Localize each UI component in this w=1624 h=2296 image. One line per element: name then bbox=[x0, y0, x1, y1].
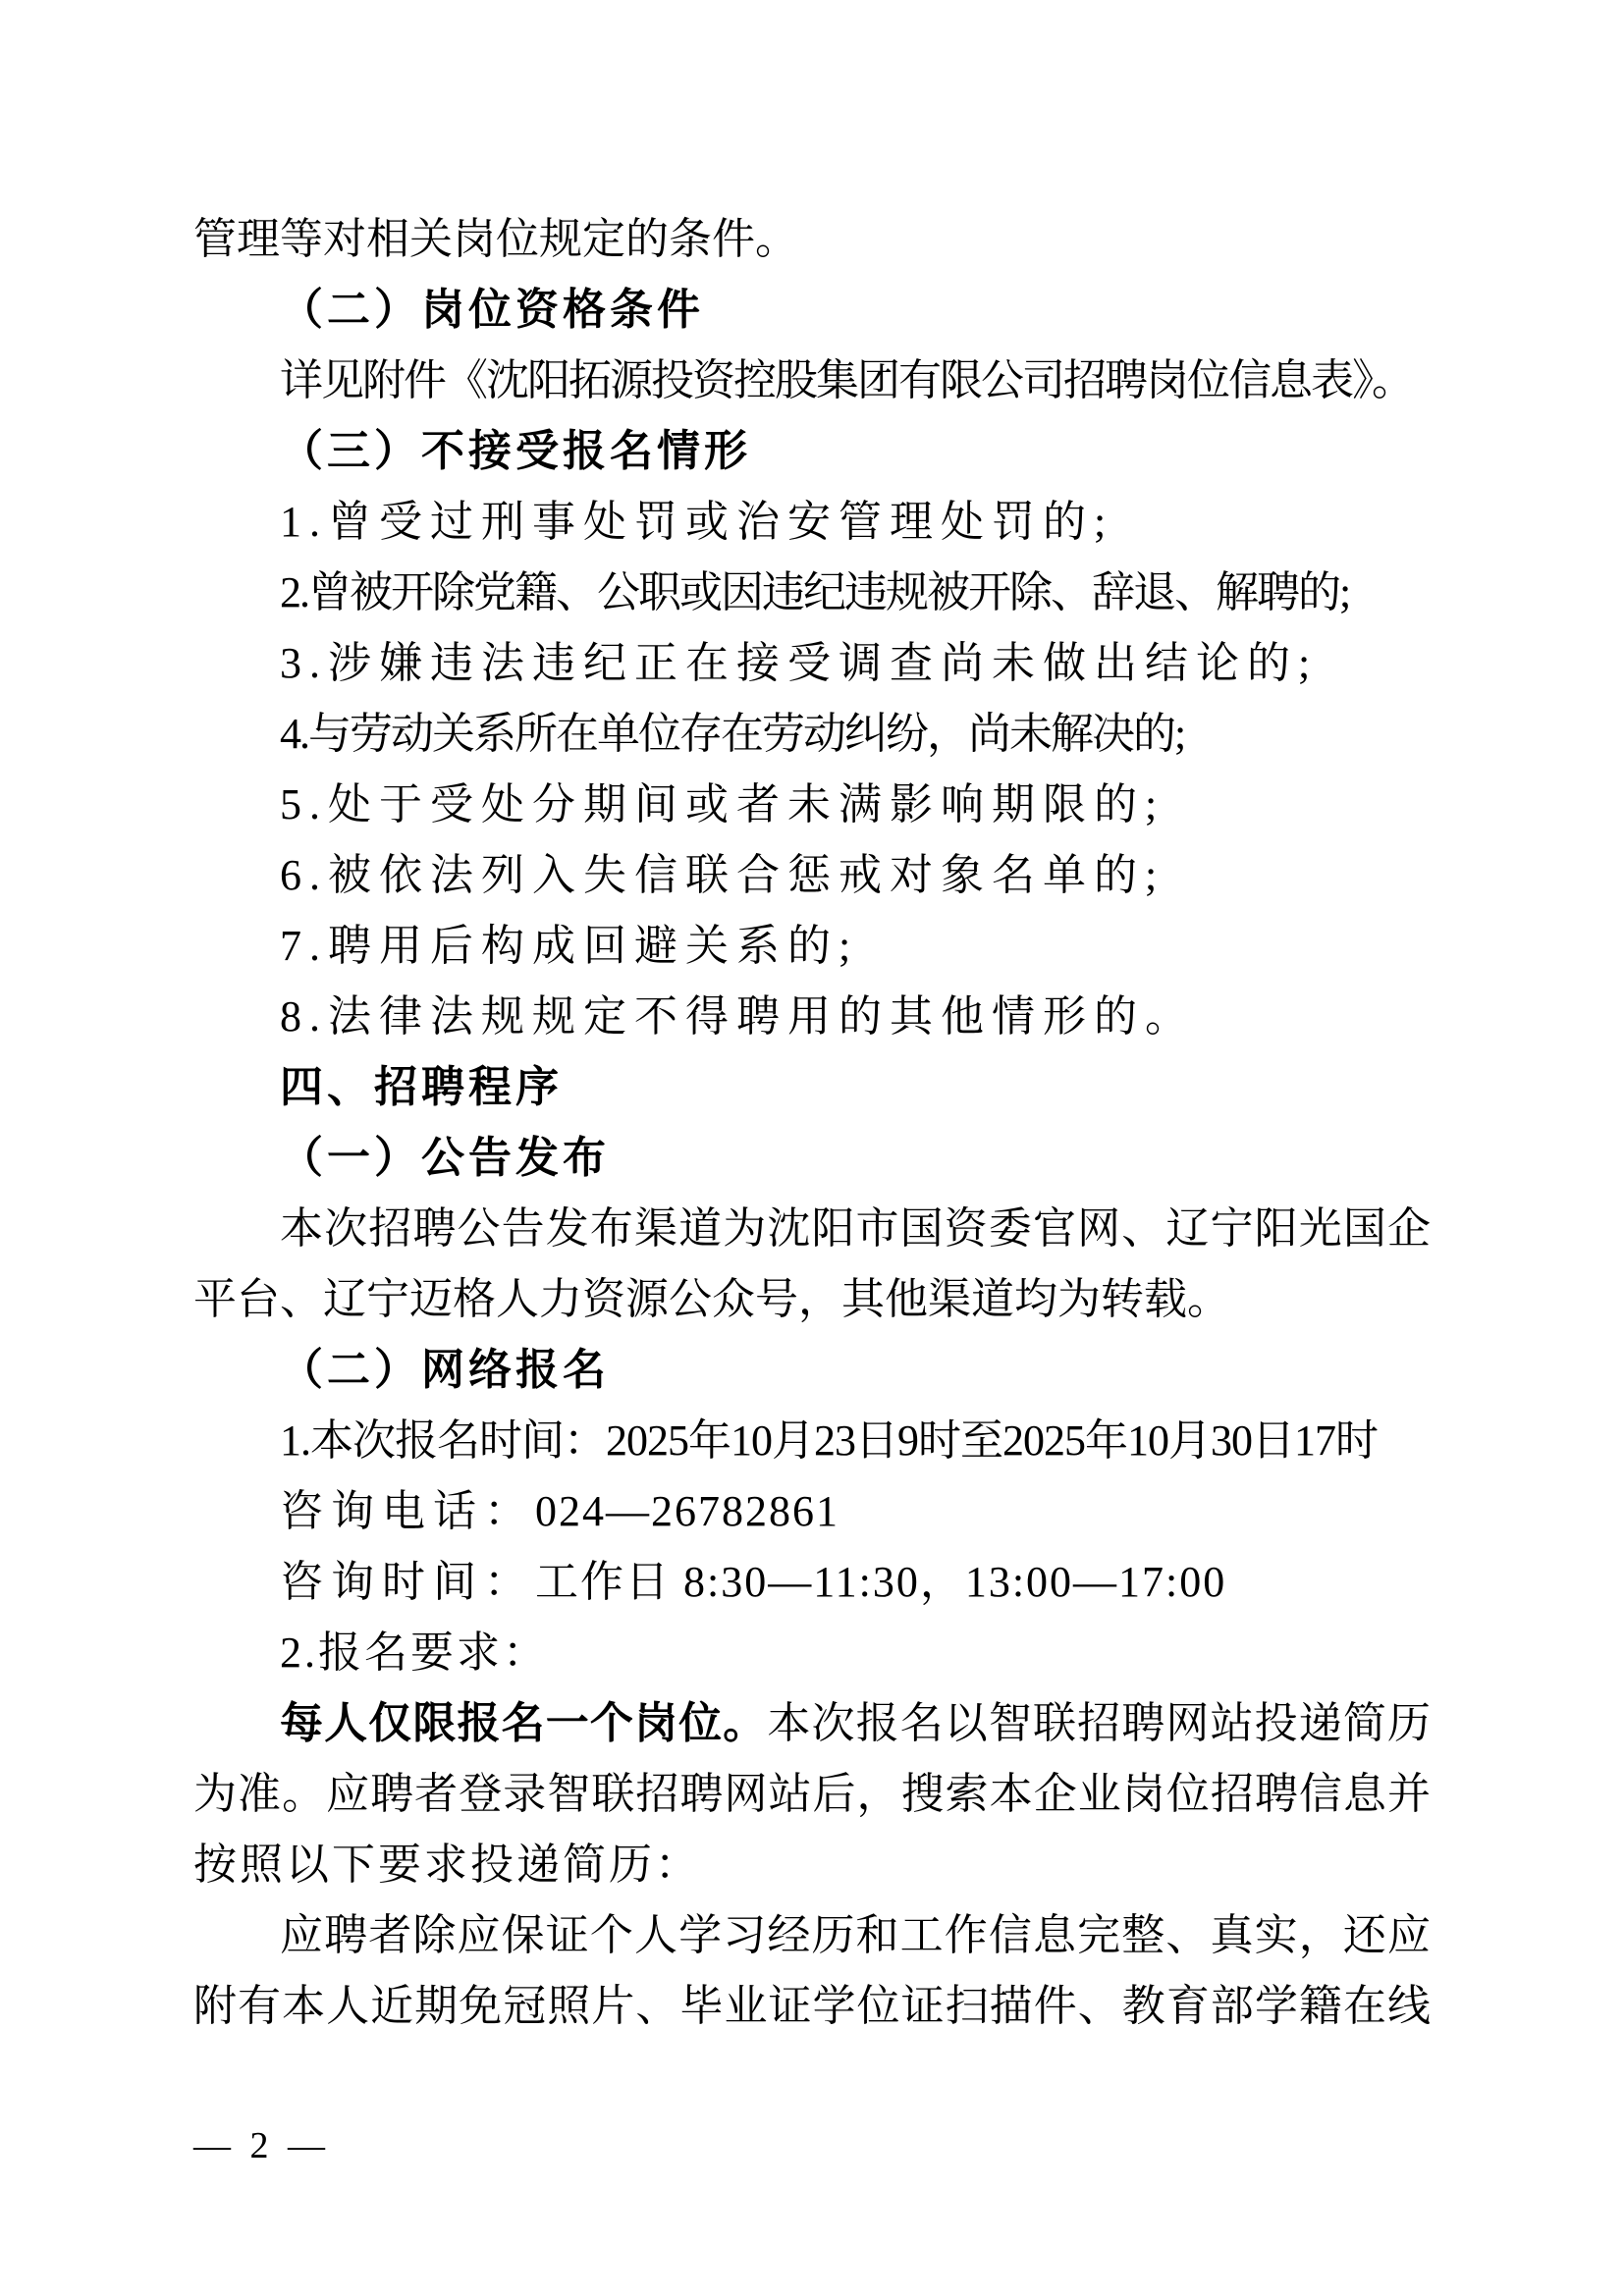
paragraph-line: 为准。应聘者登录智联招聘网站后，搜索本企业岗位招聘信息并 bbox=[193, 1759, 1431, 1830]
document-body: 管理等对相关岗位规定的条件。 （二）岗位资格条件 详见附件《沈阳拓源投资控股集团… bbox=[193, 204, 1431, 2042]
section-heading-online-registration: （二）网络报名 bbox=[193, 1335, 1431, 1406]
list-item-7: 7.聘用后构成回避关系的; bbox=[193, 911, 1431, 982]
list-item-4: 4.与劳动关系所在单位存在劳动纠纷，尚未解决的; bbox=[193, 699, 1431, 770]
section-heading-announcement-release: （一）公告发布 bbox=[193, 1123, 1431, 1194]
paragraph-line: 按照以下要求投递简历： bbox=[193, 1830, 1431, 1900]
paragraph-line: 附有本人近期免冠照片、毕业证学位证扫描件、教育部学籍在线 bbox=[193, 1971, 1431, 2042]
one-position-only-emphasis: 每人仅限报名一个岗位。 bbox=[280, 1699, 767, 1747]
consult-time-label: 咨询时间： bbox=[280, 1558, 535, 1606]
section-heading-ineligible-cases: （三）不接受报名情形 bbox=[193, 416, 1431, 487]
paragraph-line: 平台、辽宁迈格人力资源公众号，其他渠道均为转载。 bbox=[193, 1264, 1431, 1335]
paragraph-line: 详见附件《沈阳拓源投资控股集团有限公司招聘岗位信息表》。 bbox=[193, 346, 1431, 416]
list-item-2: 2.曾被开除党籍、公职或因违纪违规被开除、辞退、解聘的; bbox=[193, 558, 1431, 628]
list-item-5: 5.处于受处分期间或者未满影响期限的; bbox=[193, 770, 1431, 840]
document-page: 管理等对相关岗位规定的条件。 （二）岗位资格条件 详见附件《沈阳拓源投资控股集团… bbox=[0, 0, 1624, 2296]
list-item-6: 6.被依法列入失信联合惩戒对象名单的; bbox=[193, 840, 1431, 911]
registration-requirements-line: 2.报名要求： bbox=[193, 1618, 1431, 1688]
consult-phone-value: 024—26782861 bbox=[535, 1487, 839, 1535]
consult-time-value: 工作日 8:30—11:30，13:00—17:00 bbox=[535, 1558, 1226, 1606]
paragraph-line: 管理等对相关岗位规定的条件。 bbox=[193, 204, 1431, 275]
list-item-1: 1.曾受过刑事处罚或治安管理处罚的; bbox=[193, 487, 1431, 558]
chapter-heading-recruitment-procedure: 四、招聘程序 bbox=[193, 1052, 1431, 1123]
paragraph-segment: 本次报名以智联招聘网站投递简历 bbox=[767, 1699, 1431, 1747]
consult-phone-line: 咨询电话：024—26782861 bbox=[193, 1476, 1431, 1547]
consult-phone-label: 咨询电话： bbox=[280, 1487, 535, 1535]
consult-time-line: 咨询时间：工作日 8:30—11:30，13:00—17:00 bbox=[193, 1547, 1431, 1618]
paragraph-line: 每人仅限报名一个岗位。本次报名以智联招聘网站投递简历 bbox=[193, 1688, 1431, 1759]
list-item-3: 3.涉嫌违法违纪正在接受调查尚未做出结论的; bbox=[193, 628, 1431, 699]
page-number: — 2 — bbox=[193, 2116, 330, 2175]
paragraph-line: 本次招聘公告发布渠道为沈阳市国资委官网、辽宁阳光国企 bbox=[193, 1194, 1431, 1264]
section-heading-job-qualifications: （二）岗位资格条件 bbox=[193, 275, 1431, 346]
list-item-8: 8.法律法规规定不得聘用的其他情形的。 bbox=[193, 982, 1431, 1052]
paragraph-line: 应聘者除应保证个人学习经历和工作信息完整、真实，还应 bbox=[193, 1900, 1431, 1971]
registration-time-line: 1.本次报名时间：2025年10月23日9时至2025年10月30日17时 bbox=[193, 1406, 1431, 1476]
